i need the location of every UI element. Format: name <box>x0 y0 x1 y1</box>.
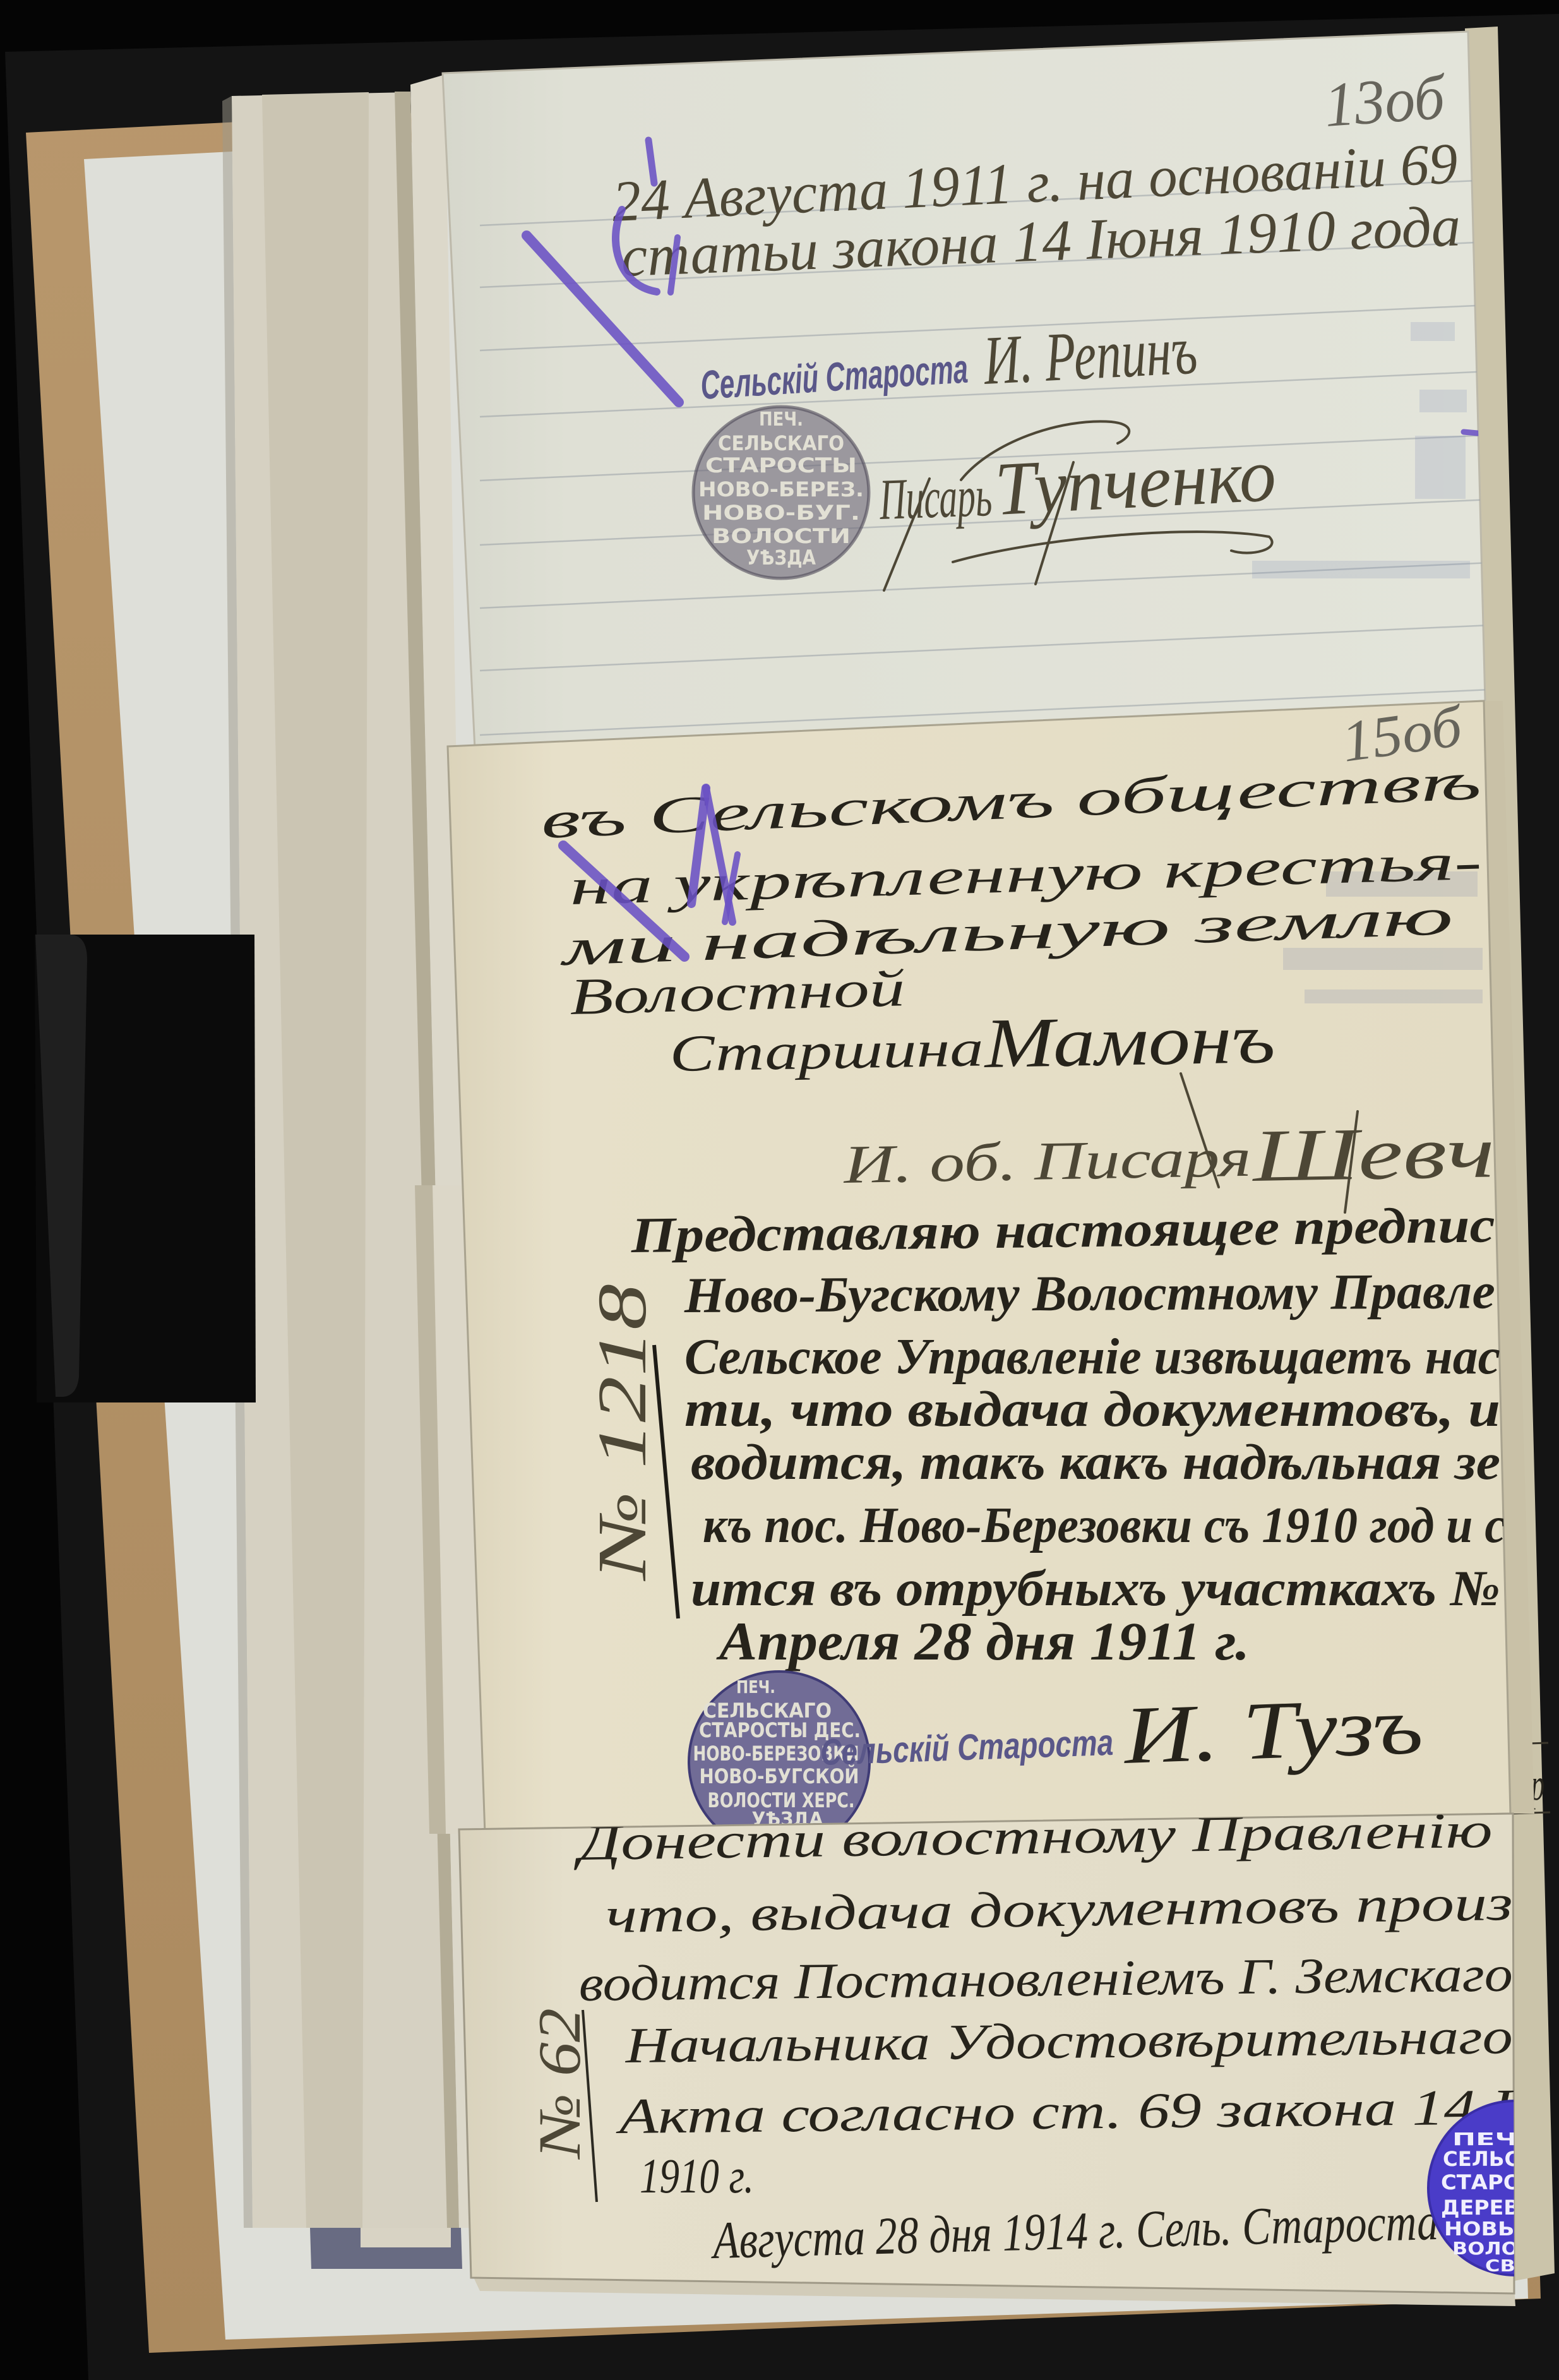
date-line: Апреля 28 дня 1911 г. <box>716 1611 1250 1671</box>
seal-line: НОВО-БЕРЕЗ. <box>698 477 864 501</box>
seal-line: НОВО-БУГ. <box>702 501 860 525</box>
text-line: Акта согласно ст. 69 закона 14 І <box>615 2079 1515 2144</box>
seal-line: ВОЛОСТИ <box>712 524 851 548</box>
light-sheet-sliver <box>361 2228 451 2247</box>
seal-village-elder: ПЕЧ. СЕЛЬСКАГО СТАРОСТЫ НОВО-БЕРЕЗ. НОВО… <box>693 407 869 578</box>
seal-line: СЕЛЬСКАГО <box>718 431 844 455</box>
report-line: Сельское Управленіе извѣщаетъ нас <box>684 1329 1500 1385</box>
elder-signature: И. Репинъ <box>981 311 1198 399</box>
report-line: ти, что выдача документовъ, и <box>684 1382 1500 1437</box>
text-line: Начальника Удостовѣрительнаго <box>624 2009 1513 2074</box>
seal-line: ПЕЧ. <box>736 1677 775 1697</box>
margin-registry-number: № 62 <box>526 2008 593 2160</box>
archival-scan: Пр 13об 24 Августа 1911 г. на основаніи … <box>0 0 1559 2380</box>
margin-registry-number: № 1218 <box>583 1284 660 1582</box>
seal-line: УѢЗДА <box>746 546 816 570</box>
report-line: водится, такъ какъ надѣльная зе <box>691 1435 1500 1490</box>
heading-line: Волостной <box>569 959 905 1026</box>
binder-clip <box>35 935 256 1402</box>
folio-number: 13об <box>1322 62 1448 140</box>
report-line: Ново-Бугскому Волостному Правле <box>684 1264 1495 1324</box>
report-line: къ пос. Ново-Березовки съ 1910 год и с <box>703 1498 1506 1553</box>
seal-line: ПЕЧ. <box>759 409 803 431</box>
scan-drawing: Пр 13об 24 Августа 1911 г. на основаніи … <box>0 0 1559 2380</box>
clerk-title: Писарь <box>878 463 993 532</box>
report-line: ится въ отрубныхъ участкахъ № <box>691 1561 1500 1617</box>
elder-signature: И. Тузъ <box>1121 1680 1425 1782</box>
elder-title: Старшина <box>669 1019 984 1082</box>
year-line: 1910 г. <box>640 2148 754 2203</box>
elder-signature: Мамонъ <box>983 1000 1275 1083</box>
seal-line: СТАРОСТЫ <box>705 453 857 477</box>
clerk-signature: Тупченко <box>993 433 1277 531</box>
clerk-title: И. об. Писаря <box>842 1127 1251 1195</box>
text-line: водится Постановленіемъ Г. Земскаго <box>578 1947 1513 2012</box>
report-line: Представляю настоящее предпис <box>630 1197 1495 1264</box>
clerk-signature: Шевч <box>1250 1110 1495 1197</box>
